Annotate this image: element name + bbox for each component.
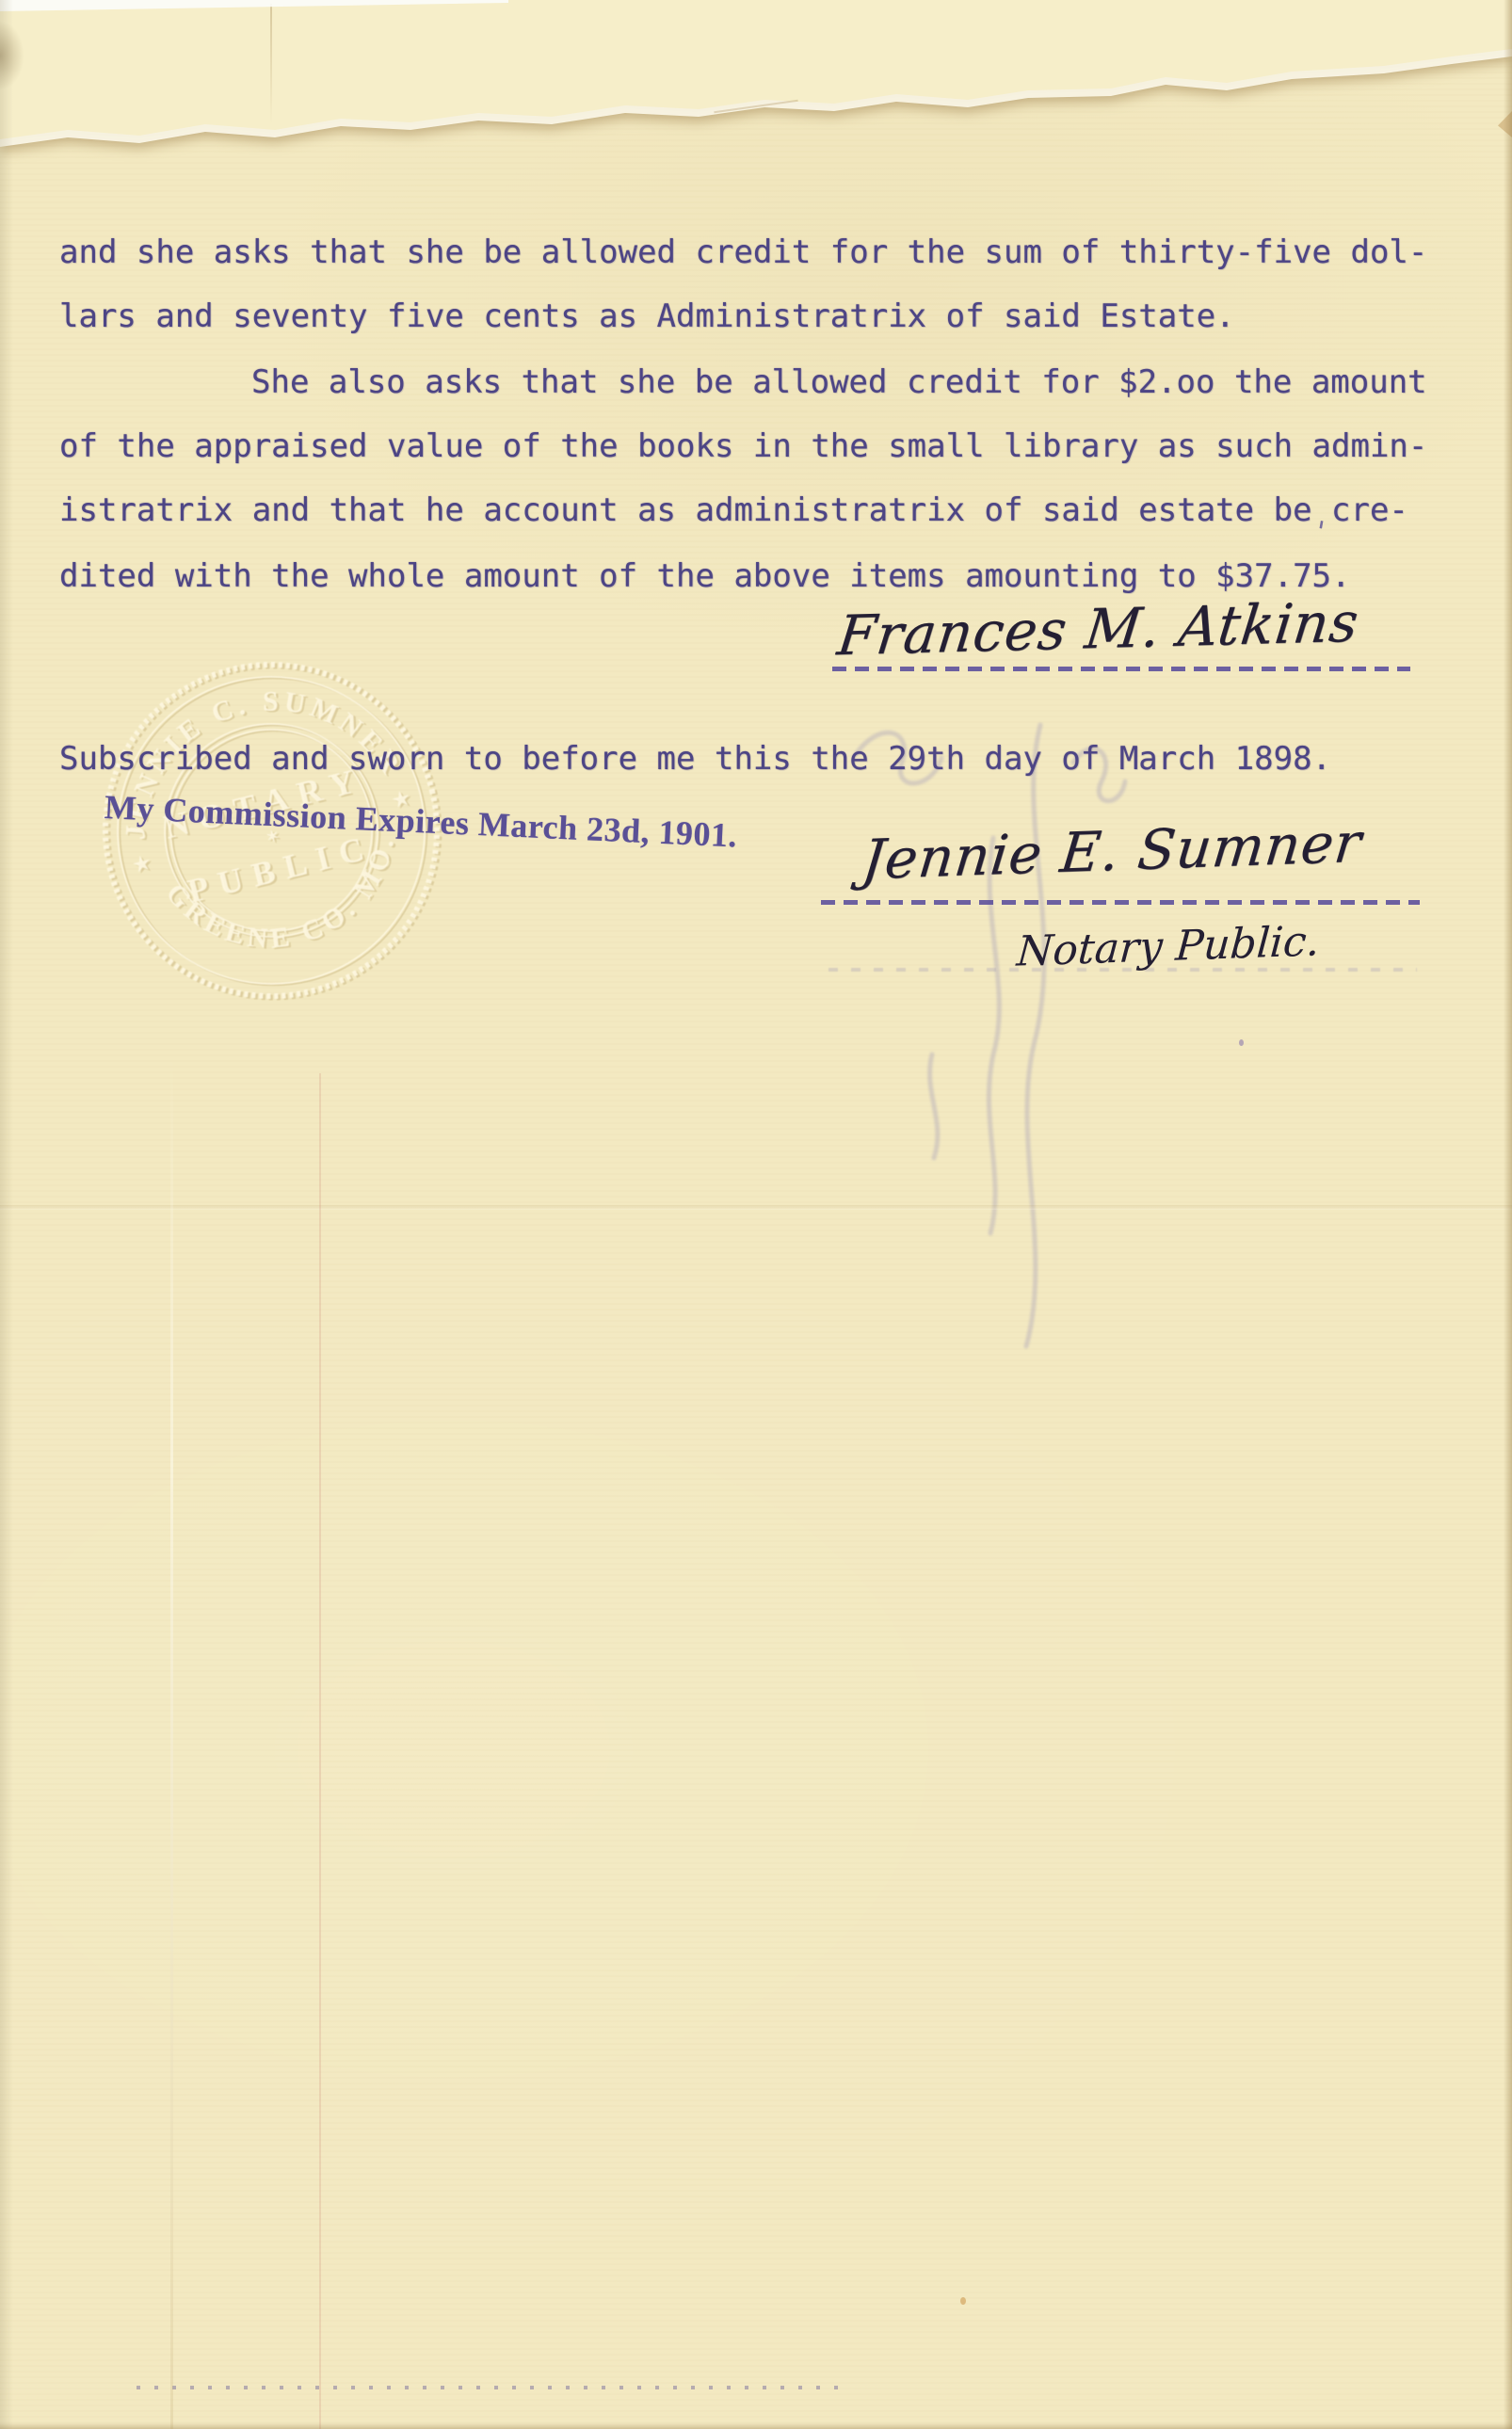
typed-line-4: of the appraised value of the books in t…: [59, 427, 1427, 465]
paper-strip-above-tear: [0, 0, 1512, 162]
torn-top-edge: [0, 0, 1512, 162]
typed-line-5: istratrix and that he account as adminis…: [59, 491, 1408, 529]
vertical-crease-top: [270, 4, 272, 124]
typed-line-2: lars and seventy five cents as Administr…: [59, 298, 1235, 335]
bleed-through-dotted-line: [137, 2386, 838, 2389]
typed-line-6: dited with the whole amount of the above…: [59, 557, 1350, 595]
ink-fleck: [1239, 1039, 1244, 1046]
horizontal-fold-crease: [0, 1205, 1512, 1210]
signature-dashed-line: [832, 667, 1410, 671]
typed-line-1: and she asks that she be allowed credit …: [59, 233, 1427, 271]
paper-fleck: [960, 2297, 966, 2305]
sworn-statement-line: Subscribed and sworn to before me this t…: [59, 740, 1331, 778]
vertical-fold-crease-pink: [319, 1073, 321, 2429]
scanned-affidavit-page: JENNIE C. SUMNER GREENE CO. MO. NOTARY P…: [0, 0, 1512, 2429]
page-right-edge: [1504, 0, 1512, 2429]
notary-signature-dashed-line: [821, 900, 1420, 905]
vertical-fold-crease-left: [170, 1054, 173, 2429]
page-left-edge: [0, 0, 13, 2429]
page-bottom-edge: [0, 2422, 1512, 2429]
typed-line-3: She also asks that she be allowed credit…: [251, 363, 1427, 401]
